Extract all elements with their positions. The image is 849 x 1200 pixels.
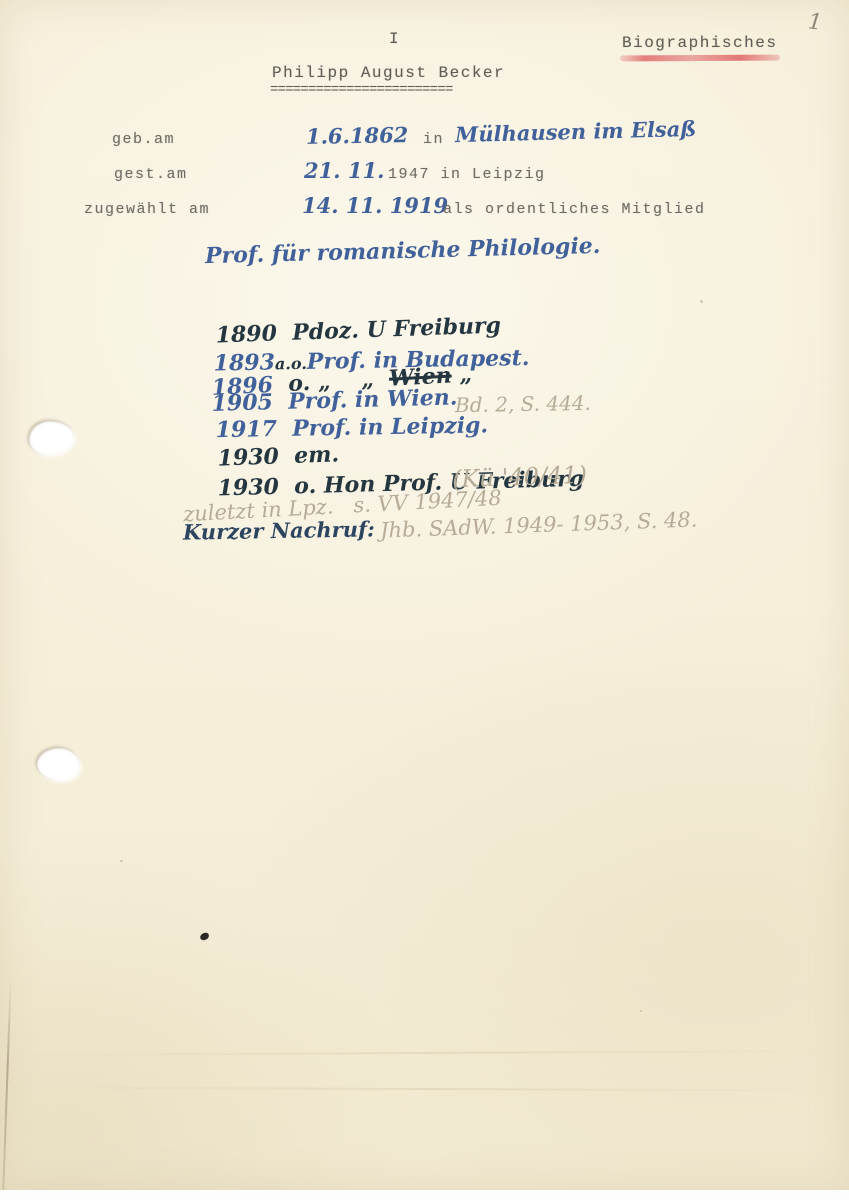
red-pencil-underline bbox=[620, 55, 780, 62]
volume-reference-pencil: Bd. 2, S. 444. bbox=[455, 391, 591, 417]
paper-speck bbox=[700, 300, 703, 303]
section-title: Biographisches bbox=[622, 34, 777, 52]
died-date-handwritten: 21. 11. bbox=[304, 158, 384, 183]
born-date-handwritten: 1.6.1862 bbox=[306, 122, 409, 149]
scanned-document: I Biographisches 1 Philipp August Becker… bbox=[0, 0, 849, 1200]
punch-hole bbox=[36, 747, 80, 781]
name-underline: ======================== bbox=[270, 82, 452, 98]
field-label-born: geb.am bbox=[112, 131, 175, 148]
paper-speck bbox=[120, 860, 123, 862]
section-numeral: I bbox=[389, 30, 400, 48]
page-number: 1 bbox=[807, 9, 824, 35]
paper-speck bbox=[640, 1010, 642, 1012]
elected-value-typed: als ordentliches Mitglied bbox=[443, 201, 706, 218]
nachruf-label-ink: Kurzer Nachruf: bbox=[183, 516, 375, 544]
elected-date-handwritten: 14. 11. 1919 bbox=[302, 193, 448, 218]
born-in-typed: in bbox=[423, 131, 444, 148]
person-name-heading: Philipp August Becker bbox=[272, 64, 505, 82]
field-label-elected: zugewählt am bbox=[84, 201, 210, 218]
scan-edge bbox=[0, 1190, 849, 1200]
ditto-mark: „ bbox=[459, 361, 473, 388]
died-value-typed: 1947 in Leipzig bbox=[388, 166, 546, 183]
field-label-died: gest.am bbox=[114, 166, 188, 183]
